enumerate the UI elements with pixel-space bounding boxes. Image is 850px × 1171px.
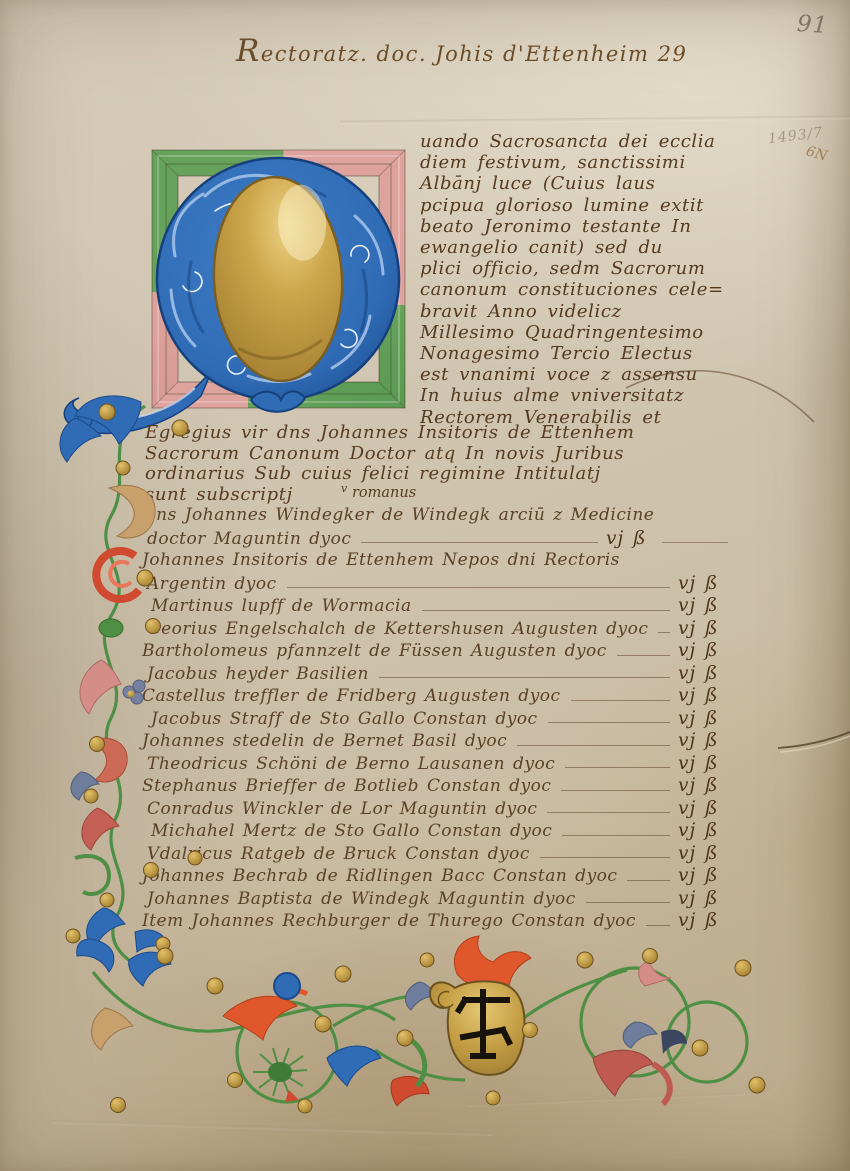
entry-fee: vj ß (678, 573, 728, 594)
entry-fee: vj ß (678, 753, 728, 774)
entry-fee: vj ß (678, 618, 728, 639)
leader-line (422, 610, 670, 611)
register-entry-line: Johannes Insitoris de Ettenhem Nepos dni… (142, 550, 728, 573)
leader-line (287, 587, 670, 588)
left-border-vine (45, 388, 215, 988)
paragraph-line: Albānj luce (Cuius laus (420, 173, 822, 194)
leader-line (540, 857, 670, 858)
entry-fee: vj ß (678, 775, 728, 796)
paragraph-line: diem festivum, sanctissimi (420, 152, 822, 173)
entry-fee: vj ß (678, 865, 728, 886)
parchment-crease (340, 115, 850, 124)
bottom-border-vine (75, 930, 785, 1120)
paragraph-line: beato Jeronimo testante In (420, 216, 822, 237)
preamble-line: ordinarius Sub cuius felici regimine Int… (145, 464, 785, 485)
preamble-line: Sacrorum Canonum Doctor atq In novis Jur… (145, 444, 785, 465)
initial-knot (251, 391, 305, 411)
leader-line (561, 790, 670, 791)
register-entry-line: Johannes Bechrab de Ridlingen Bacc Const… (142, 865, 728, 888)
paragraph-line: Millesimo Quadringentesimo (420, 322, 822, 343)
register-entry-line: Dns Johannes Windegker de Windegk arciū … (142, 505, 728, 528)
register-entry-line: Vdalricus Ratgeb de Bruck Constan dyocvj… (147, 843, 728, 866)
register-entry-line: Martinus lupff de Wormaciavj ß (151, 595, 728, 618)
entry-fee: vj ß (606, 528, 656, 549)
leader-line (517, 745, 670, 746)
leader-line (617, 655, 670, 656)
register-entry-line: Argentin dyocvj ß (147, 573, 728, 596)
register-entry-line: Bartholomeus pfannzelt de Füssen Auguste… (142, 640, 728, 663)
leader-line (379, 677, 670, 678)
paragraph-line: pcipua glorioso lumine extit (420, 195, 822, 216)
margin-dash (662, 542, 728, 543)
entry-name: Dns Johannes Windegker de Windegk arciū … (142, 505, 654, 525)
entry-fee: vj ß (678, 843, 728, 864)
entry-name: Item Johannes Rechburger de Thurego Cons… (142, 911, 636, 931)
leader-line (548, 722, 670, 723)
register-entry-line: Stephanus Brieffer de Botlieb Constan dy… (142, 775, 728, 798)
manuscript-page: 91 1493/7 6N Rectoratz. doc. Johis d'Ett… (0, 0, 850, 1171)
insertion-caret: v (341, 482, 347, 495)
leader-line (361, 542, 598, 543)
paragraph-line: plici officio, sedm Sacrorum (420, 258, 822, 279)
entry-fee: vj ß (678, 820, 728, 841)
rectorate-heading: Rectoratz. doc. Johis d'Ettenheim 29 (236, 33, 687, 69)
register-entry-line: Jacobus heyder Basilienvj ß (147, 663, 728, 686)
entry-fee: vj ß (678, 685, 728, 706)
leader-line (627, 880, 670, 881)
leader-line (565, 767, 670, 768)
gold-shield-merchant-mark (430, 981, 525, 1075)
rector-preamble: Egregius vir dns Johannes Insitoris de E… (145, 423, 785, 505)
entry-fee: vj ß (678, 730, 728, 751)
preamble-line: Egregius vir dns Johannes Insitoris de E… (145, 423, 785, 444)
interlinear-addition: romanus (352, 485, 416, 501)
register-entry-line: Georius Engelschalch de Kettershusen Aug… (147, 618, 728, 641)
leader-line (562, 835, 670, 836)
entry-fee: vj ß (678, 910, 728, 931)
register-entry-line: doctor Maguntin dyocvj ß (147, 528, 728, 551)
paragraph-line: bravit Anno videlicz (420, 301, 822, 322)
register-entry-line: Johannes Baptista de Windegk Maguntin dy… (147, 888, 728, 911)
leader-line (586, 902, 670, 903)
leader-line (571, 700, 670, 701)
parchment-crease (51, 1120, 493, 1136)
matriculation-register: Dns Johannes Windegker de Windegk arciū … (142, 505, 728, 933)
register-entry-line: Castellus treffler de Fridberg Augusten … (142, 685, 728, 708)
register-entry-line: Johannes stedelin de Bernet Basil dyocvj… (142, 730, 728, 753)
entry-fee: vj ß (678, 663, 728, 684)
paragraph-line: ewangelio canit) sed du (420, 237, 822, 258)
register-entry-line: Jacobus Straff de Sto Gallo Constan dyoc… (151, 708, 728, 731)
register-entry-line: Michahel Mertz de Sto Gallo Constan dyoc… (151, 820, 728, 843)
leader-line (646, 925, 670, 926)
register-entry-line: Theodricus Schöni de Berno Lausanen dyoc… (147, 753, 728, 776)
entry-fee: vj ß (678, 708, 728, 729)
entry-fee: vj ß (678, 595, 728, 616)
paragraph-line: canonum constituciones cele= (420, 279, 822, 300)
folio-number: 91 (796, 11, 829, 39)
leader-line (547, 812, 670, 813)
entry-fee: vj ß (678, 640, 728, 661)
entry-fee: vj ß (678, 888, 728, 909)
paragraph-line: uando Sacrosancta dei ecclia (420, 131, 822, 152)
entry-fee: vj ß (678, 798, 728, 819)
preamble-line: sunt subscriptj (145, 485, 785, 506)
entry-name: Georius Engelschalch de Kettershusen Aug… (147, 619, 648, 639)
parchment-tear (778, 716, 850, 762)
leader-line (658, 632, 670, 633)
register-entry-line: Conradus Winckler de Lor Maguntin dyocvj… (147, 798, 728, 821)
